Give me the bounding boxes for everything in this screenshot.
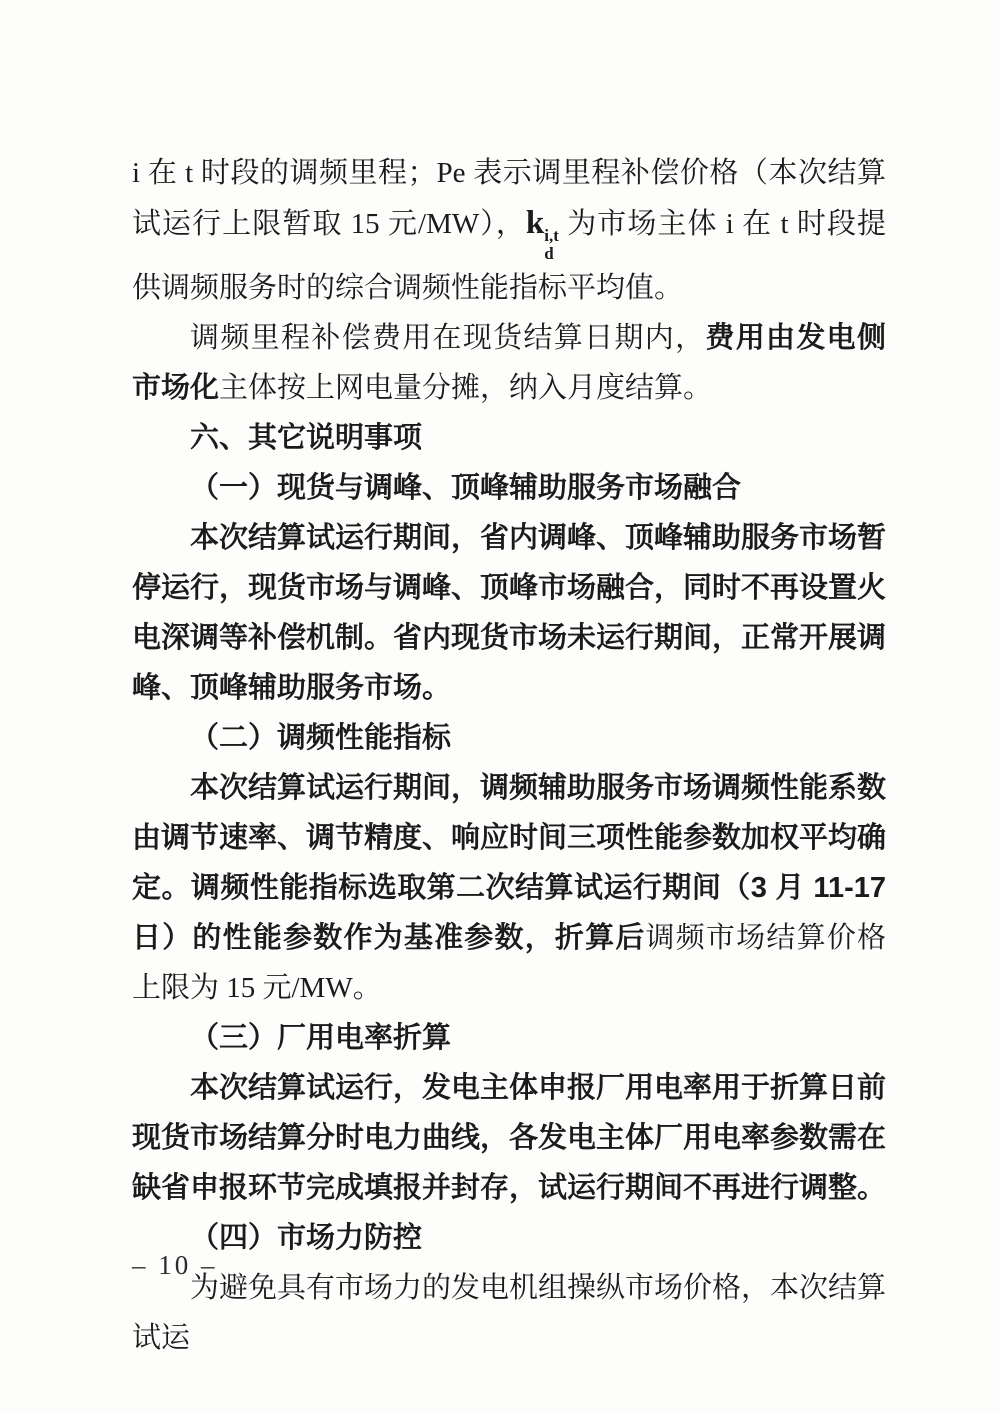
heading-subsection-two: （二）调频性能指标 <box>132 713 886 763</box>
formula-scripts: i,td <box>544 227 559 263</box>
paragraph-frequency-mileage-formula: i 在 t 时段的调频里程；Pe 表示调里程补偿价格（本次结算试运行上限暂取 1… <box>132 148 886 313</box>
text-run: 调频里程补偿费用在现货结算日期内， <box>190 322 705 354</box>
page-number: – 10 – <box>132 1250 218 1281</box>
document-page: i 在 t 时段的调频里程；Pe 表示调里程补偿价格（本次结算试运行上限暂取 1… <box>0 0 1000 1414</box>
paragraph-plant-power-rate: 本次结算试运行，发电主体申报厂用电率用于折算日前现货市场结算分时电力曲线，各发电… <box>132 1063 886 1213</box>
paragraph-market-power-control: 为避免具有市场力的发电机组操纵市场价格，本次结算试运 <box>132 1263 886 1363</box>
text-run: 主体按上网电量分摊，纳入月度结算。 <box>219 372 712 404</box>
formula-subscript: d <box>544 245 553 263</box>
heading-section-six: 六、其它说明事项 <box>132 413 886 463</box>
heading-subsection-one: （一）现货与调峰、顶峰辅助服务市场融合 <box>132 463 886 513</box>
formula-superscript: i,t <box>544 227 559 245</box>
formula-base: k <box>526 205 544 241</box>
paragraph-market-merge: 本次结算试运行期间，省内调峰、顶峰辅助服务市场暂停运行，现货市场与调峰、顶峰市场… <box>132 513 886 713</box>
paragraph-mileage-compensation-settlement: 调频里程补偿费用在现货结算日期内，费用由发电侧市场化主体按上网电量分摊，纳入月度… <box>132 313 886 413</box>
document-body: i 在 t 时段的调频里程；Pe 表示调里程补偿价格（本次结算试运行上限暂取 1… <box>132 148 886 1363</box>
paragraph-frequency-performance: 本次结算试运行期间，调频辅助服务市场调频性能系数由调节速率、调节精度、响应时间三… <box>132 763 886 1013</box>
formula-kd-it: ki,td <box>526 208 559 240</box>
heading-subsection-four: （四）市场力防控 <box>132 1213 886 1263</box>
heading-subsection-three: （三）厂用电率折算 <box>132 1013 886 1063</box>
